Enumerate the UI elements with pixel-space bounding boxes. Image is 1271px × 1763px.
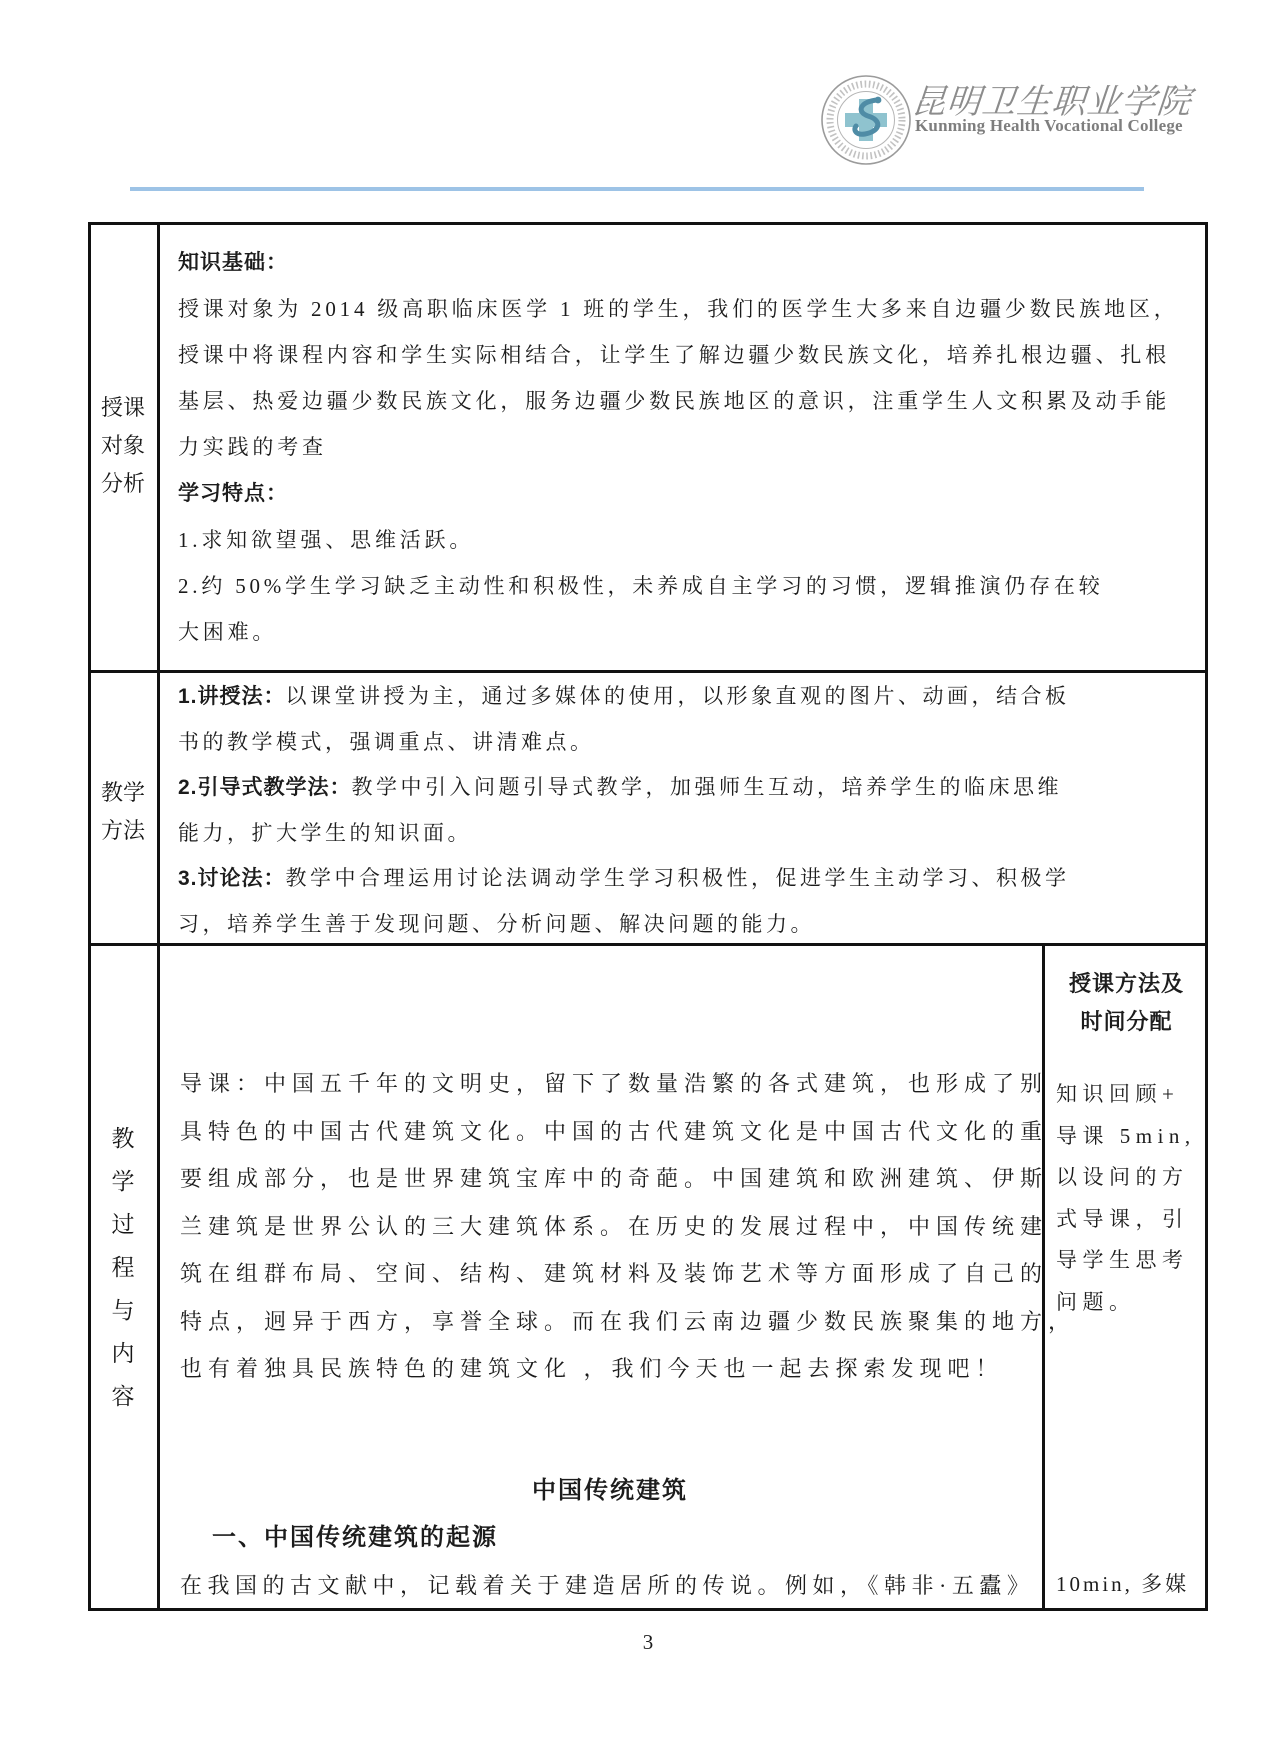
college-seal-logo bbox=[820, 74, 912, 166]
text-line: 基层、热爱边疆少数民族文化，服务边疆少数民族地区的意识，注重学生人文积累及动手能 bbox=[178, 378, 1194, 424]
text-line: 学习特点： bbox=[178, 470, 1194, 517]
lead-in-paragraph: 导课：中国五千年的文明史，留下了数量浩繁的各式建筑，也形成了别具特色的中国古代建… bbox=[180, 1060, 1040, 1393]
page-number: 3 bbox=[88, 1630, 1208, 1655]
text-line: 兰建筑是世界公认的三大建筑体系。在历史的发展过程中，中国传统建 bbox=[180, 1203, 1040, 1251]
text-line: 知识回顾+ bbox=[1056, 1074, 1204, 1116]
text-line: 2.约 50%学生学习缺乏主动性和积极性，未养成自主学习的习惯，逻辑推演仍存在较 bbox=[178, 563, 1194, 609]
text-line: 教 bbox=[88, 1117, 158, 1160]
text-line: 过 bbox=[88, 1203, 158, 1246]
text-line: 大困难。 bbox=[178, 609, 1194, 655]
sidebar-time-note-1: 知识回顾+导课 5min,以设问的方式导课，引导学生思考问题。 bbox=[1056, 1074, 1204, 1323]
text-line: 授课方法及 bbox=[1045, 965, 1208, 1003]
section-heading: 一、中国传统建筑的起源 bbox=[212, 1514, 1040, 1562]
text-line: 授课 bbox=[88, 389, 158, 427]
text-line: 2.引导式教学法：教学中引入问题引导式教学，加强师生互动，培养学生的临床思维 bbox=[178, 765, 1194, 811]
teaching-process-content: 导课：中国五千年的文明史，留下了数量浩繁的各式建筑，也形成了别具特色的中国古代建… bbox=[180, 1060, 1040, 1609]
text-line: 教学 bbox=[88, 774, 158, 812]
text-line: 3.讨论法：教学中合理运用讨论法调动学生学习积极性，促进学生主动学习、积极学 bbox=[178, 856, 1194, 902]
text-line: 力实践的考查 bbox=[178, 424, 1194, 470]
bold-lead-text: 知识基础： bbox=[178, 251, 288, 274]
bold-lead-text: 3.讨论法： bbox=[178, 867, 286, 890]
text-line: 习，培养学生善于发现问题、分析问题、解决问题的能力。 bbox=[178, 902, 1194, 948]
text-line: 导学生思考 bbox=[1056, 1240, 1204, 1282]
row-label-teaching-methods: 教学方法 bbox=[88, 774, 158, 850]
sidebar-header: 授课方法及时间分配 bbox=[1045, 965, 1208, 1041]
text-line: 导课 5min, bbox=[1056, 1116, 1204, 1158]
text-line: 分析 bbox=[88, 465, 158, 503]
document-page: 昆明卫生职业学院 Kunming Health Vocational Colle… bbox=[0, 0, 1271, 1763]
text-line: 问题。 bbox=[1056, 1282, 1204, 1324]
text-line: 1.求知欲望强、思维活跃。 bbox=[178, 517, 1194, 563]
bold-lead-text: 1.讲授法： bbox=[178, 685, 286, 708]
text-line: 能力，扩大学生的知识面。 bbox=[178, 811, 1194, 857]
row-label-teaching-process: 教学过程与内容 bbox=[88, 1117, 158, 1418]
text-line: 对象 bbox=[88, 427, 158, 465]
sidebar-time-note-2: 10min, 多媒 bbox=[1056, 1568, 1189, 1598]
text-line: 导课：中国五千年的文明史，留下了数量浩繁的各式建筑，也形成了别 bbox=[180, 1060, 1040, 1108]
text-line: 时间分配 bbox=[1045, 1003, 1208, 1041]
text-line: 要组成部分，也是世界建筑宝库中的奇葩。中国建筑和欧洲建筑、伊斯 bbox=[180, 1155, 1040, 1203]
college-seal-icon bbox=[820, 74, 912, 166]
text-line: 以设问的方 bbox=[1056, 1157, 1204, 1199]
text-line: 授课中将课程内容和学生实际相结合，让学生了解边疆少数民族文化，培养扎根边疆、扎根 bbox=[178, 332, 1194, 378]
text-line: 也有着独具民族特色的建筑文化 ，我们今天也一起去探索发现吧！ bbox=[180, 1345, 1040, 1393]
college-name-english: Kunming Health Vocational College bbox=[915, 116, 1183, 136]
text-line: 知识基础： bbox=[178, 239, 1194, 286]
text-line: 内 bbox=[88, 1332, 158, 1375]
bold-lead-text: 学习特点： bbox=[178, 482, 288, 505]
audience-analysis-content: 知识基础：授课对象为 2014 级高职临床医学 1 班的学生，我们的医学生大多来… bbox=[178, 239, 1194, 655]
text-line: 书的教学模式，强调重点、讲清难点。 bbox=[178, 720, 1194, 766]
text-line: 特点，迥异于西方，享誉全球。而在我们云南边疆少数民族聚集的地方， bbox=[180, 1298, 1040, 1346]
bold-lead-text: 2.引导式教学法： bbox=[178, 776, 352, 799]
text-line: 程 bbox=[88, 1246, 158, 1289]
teaching-methods-content: 1.讲授法：以课堂讲授为主，通过多媒体的使用，以形象直观的图片、动画，结合板书的… bbox=[178, 674, 1194, 947]
row-label-audience-analysis: 授课对象分析 bbox=[88, 389, 158, 503]
text-line: 授课对象为 2014 级高职临床医学 1 班的学生，我们的医学生大多来自边疆少数… bbox=[178, 286, 1194, 332]
text-line: 具特色的中国古代建筑文化。中国的古代建筑文化是中国古代文化的重 bbox=[180, 1108, 1040, 1156]
text-line: 1.讲授法：以课堂讲授为主，通过多媒体的使用，以形象直观的图片、动画，结合板 bbox=[178, 674, 1194, 720]
section-body-line: 在我国的古文献中，记载着关于建造居所的传说。例如，《韩非·五蠹》 bbox=[180, 1562, 1040, 1610]
text-line: 式导课，引 bbox=[1056, 1199, 1204, 1241]
text-line: 与 bbox=[88, 1289, 158, 1332]
row-divider-1 bbox=[90, 670, 1206, 673]
section-title: 中国传统建筑 bbox=[180, 1467, 1040, 1515]
header-divider-rule bbox=[130, 187, 1144, 191]
text-line: 学 bbox=[88, 1160, 158, 1203]
text-line: 方法 bbox=[88, 812, 158, 850]
text-line: 筑在组群布局、空间、结构、建筑材料及装饰艺术等方面形成了自己的 bbox=[180, 1250, 1040, 1298]
text-line: 容 bbox=[88, 1375, 158, 1418]
